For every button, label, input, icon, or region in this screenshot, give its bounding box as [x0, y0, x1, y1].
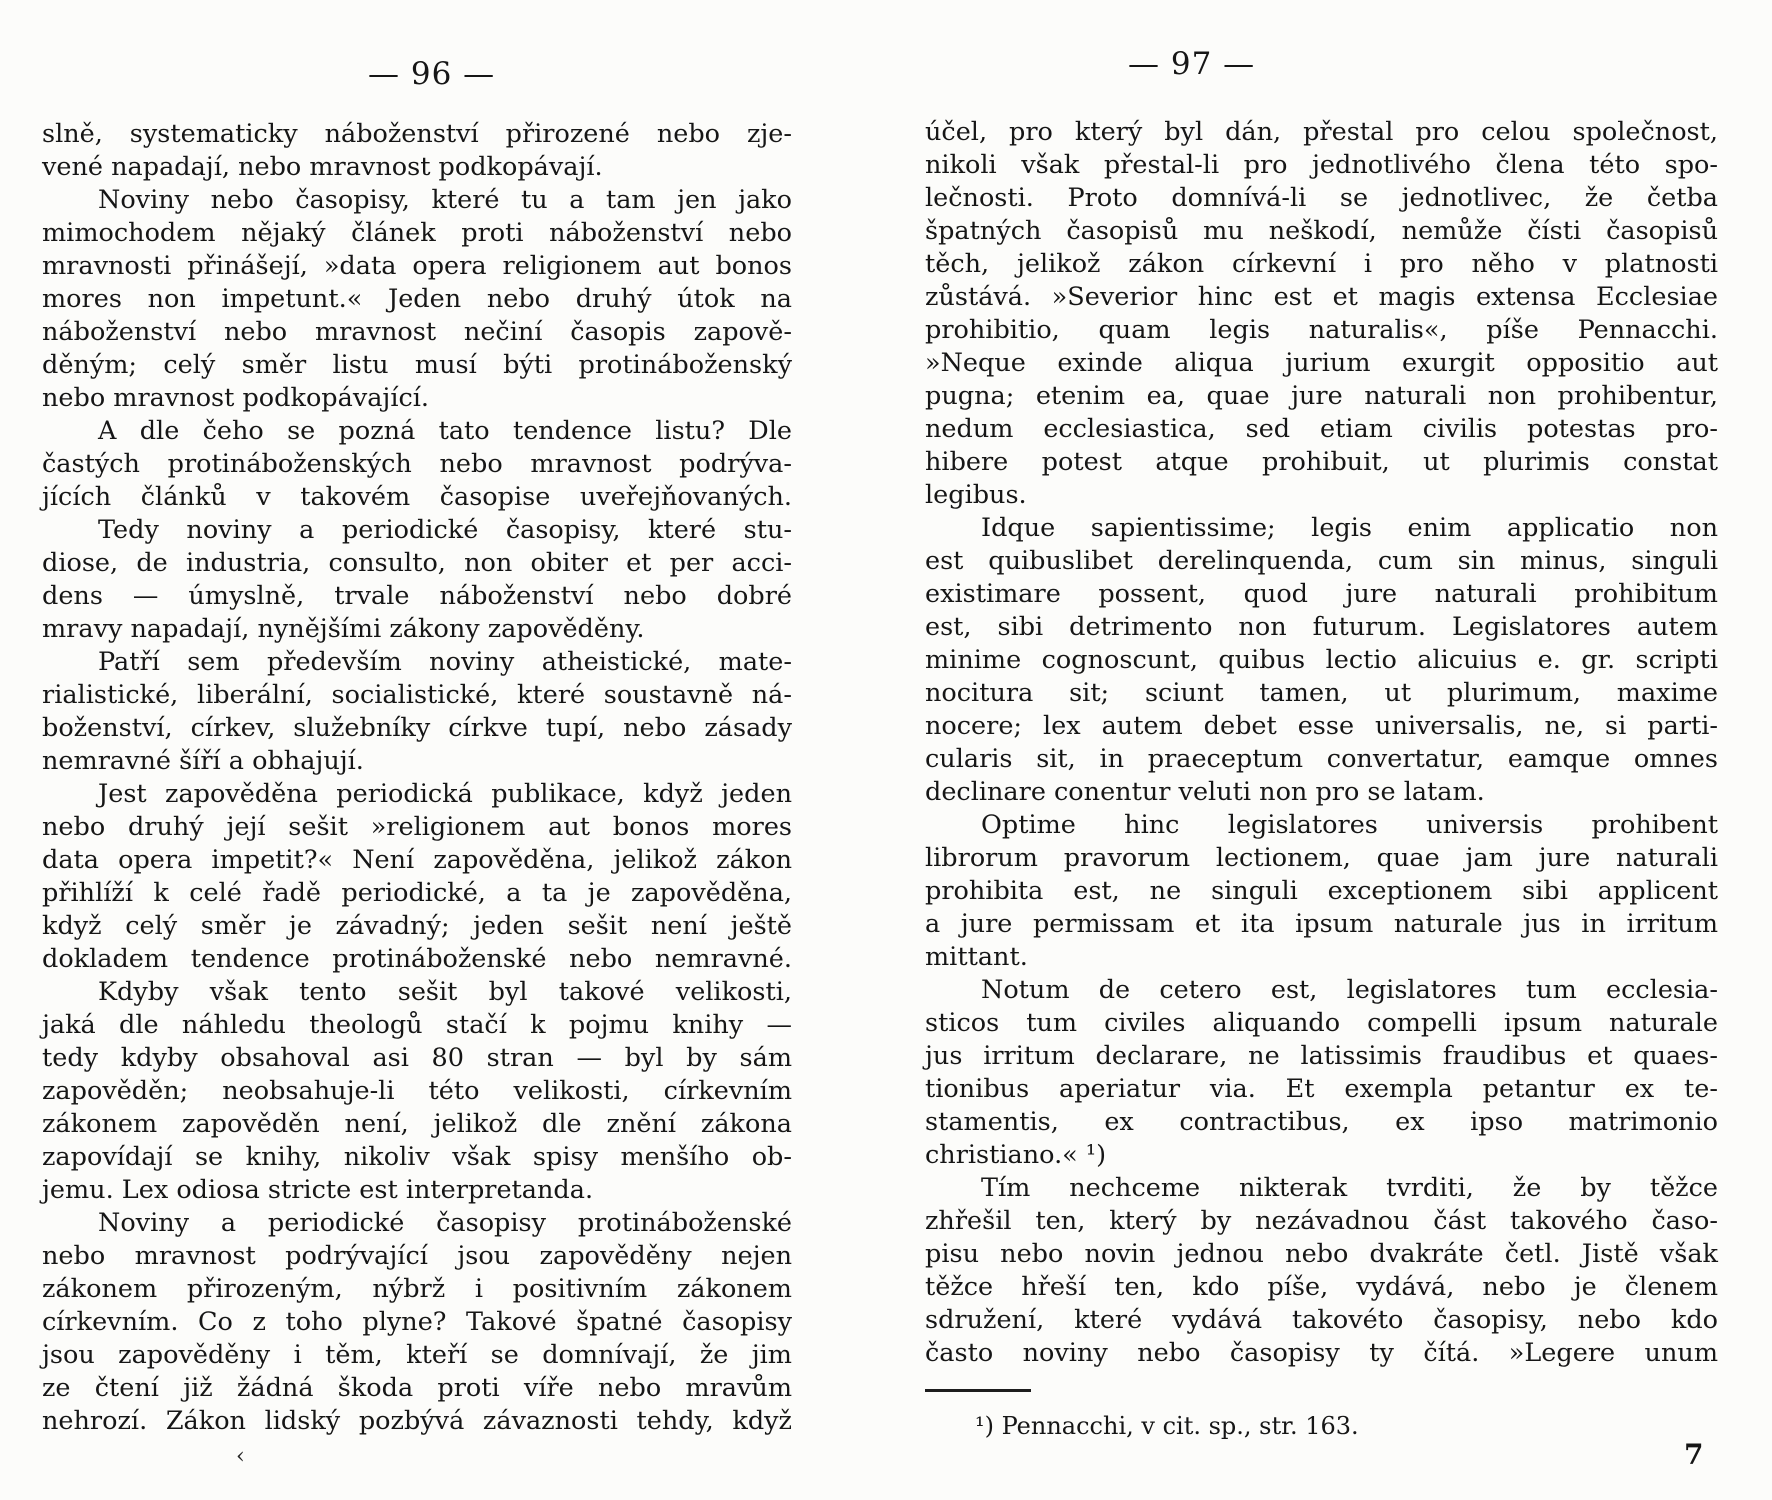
text-line: prohibitio, quam legis naturalis«, píše …	[925, 314, 1718, 347]
text-line: nikoli však přestal-li pro jednotlivého …	[925, 149, 1718, 182]
text-line: existimare possent, quod jure naturali p…	[925, 578, 1718, 611]
text-line: librorum pravorum lectionem, quae jam ju…	[925, 842, 1718, 875]
text-line: lečnosti. Proto domnívá-li se jednotlive…	[925, 182, 1718, 215]
text-line: declinare conentur veluti non pro se lat…	[925, 776, 1718, 809]
text-line: sdružení, které vydává takovéto časopisy…	[925, 1304, 1718, 1337]
text-line: nehrozí. Zákon lidský pozbývá závaznosti…	[42, 1405, 792, 1438]
text-line: jaká dle náhledu theologů stačí k pojmu …	[42, 1009, 792, 1042]
text-line: dokladem tendence protináboženské nebo n…	[42, 943, 792, 976]
text-line: boženství, církev, služebníky církve tup…	[42, 712, 792, 745]
text-line: est, sibi detrimento non futurum. Legisl…	[925, 611, 1718, 644]
text-line: když celý směr je závadný; jeden sešit n…	[42, 910, 792, 943]
text-line: zapověděn; neobsahuje-li této velikosti,…	[42, 1075, 792, 1108]
text-line: ze čtení již žádná škoda proti víře nebo…	[42, 1372, 792, 1405]
text-line: zhřešil ten, který by nezávadnou část ta…	[925, 1205, 1718, 1238]
text-line: est quibuslibet derelinquenda, cum sin m…	[925, 545, 1718, 578]
text-line: náboženství nebo mravnost nečiní časopis…	[42, 316, 792, 349]
text-line: nocere; lex autem debet esse universalis…	[925, 710, 1718, 743]
text-line: zapovídají se knihy, nikoliv však spisy …	[42, 1141, 792, 1174]
page-96-header: — 96 —	[368, 56, 495, 92]
text-line: diose, de industria, consulto, non obite…	[42, 547, 792, 580]
text-line: zákonem přirozeným, nýbrž i positivním z…	[42, 1273, 792, 1306]
text-line: Tím nechceme nikterak tvrditi, že by těž…	[925, 1172, 1718, 1205]
text-line: hibere potest atque prohibuit, ut plurim…	[925, 446, 1718, 479]
text-line: častých protináboženských nebo mravnost …	[42, 448, 792, 481]
text-line: nemravné šíří a obhajují.	[42, 745, 792, 778]
text-line: vené napadají, nebo mravnost podkopávají…	[42, 151, 792, 184]
text-line: pisu nebo novin jednou nebo dvakráte čet…	[925, 1238, 1718, 1271]
text-line: a jure permissam et ita ipsum naturale j…	[925, 908, 1718, 941]
text-line: mravnosti přinášejí, »data opera religio…	[42, 250, 792, 283]
text-line: »Neque exinde aliqua jurium exurgit oppo…	[925, 347, 1718, 380]
footnote-rule	[925, 1389, 1031, 1392]
text-line: dens — úmyslně, trvale náboženství nebo …	[42, 580, 792, 613]
text-line: děným; celý směr listu musí býti protiná…	[42, 349, 792, 382]
text-line: Optime hinc legislatores universis prohi…	[925, 809, 1718, 842]
text-line: nebo druhý její sešit »religionem aut bo…	[42, 811, 792, 844]
book-spread-scan: — 96 — slně, systematicky náboženství př…	[0, 0, 1772, 1500]
text-line: mravy napadají, nynějšími zákony zapověd…	[42, 613, 792, 646]
text-line: Kdyby však tento sešit byl takové veliko…	[42, 976, 792, 1009]
text-line: prohibita est, ne singuli exceptionem si…	[925, 875, 1718, 908]
text-line: sticos tum civiles aliquando compelli ip…	[925, 1007, 1718, 1040]
text-line: jus irritum declarare, ne latissimis fra…	[925, 1040, 1718, 1073]
text-line: přihlíží k celé řadě periodické, a ta je…	[42, 877, 792, 910]
text-line: rialistické, liberální, socialistické, k…	[42, 679, 792, 712]
text-line: Jest zapověděna periodická publikace, kd…	[42, 778, 792, 811]
page-97: — 97 — účel, pro který byl dán, přestal …	[886, 0, 1772, 1500]
text-line: stamentis, ex contractibus, ex ipso matr…	[925, 1106, 1718, 1139]
footnote-citation: ¹) Pennacchi, v cit. sp., str. 163.	[975, 1412, 1359, 1440]
page-97-body-text: účel, pro který byl dán, přestal pro cel…	[925, 116, 1718, 1370]
text-line: jsou zapověděny i těm, kteří se domnívaj…	[42, 1339, 792, 1372]
text-line: Noviny nebo časopisy, které tu a tam jen…	[42, 184, 792, 217]
text-line: církevním. Co z toho plyne? Takové špatn…	[42, 1306, 792, 1339]
text-line: zákonem zapověděn není, jelikož dle zněn…	[42, 1108, 792, 1141]
text-line: A dle čeho se pozná tato tendence listu?…	[42, 415, 792, 448]
text-line: pugna; etenim ea, quae jure naturali non…	[925, 380, 1718, 413]
text-line: christiano.« ¹)	[925, 1139, 1718, 1172]
text-line: jících článků v takovém časopise uveřejň…	[42, 481, 792, 514]
text-line: slně, systematicky náboženství přirozené…	[42, 118, 792, 151]
text-line: zůstává. »Severior hinc est et magis ext…	[925, 281, 1718, 314]
printer-mark: ‹	[236, 1444, 245, 1469]
text-line: mimochodem nějaký článek proti náboženst…	[42, 217, 792, 250]
text-line: nocitura sit; sciunt tamen, ut plurimum,…	[925, 677, 1718, 710]
text-line: mores non impetunt.« Jeden nebo druhý út…	[42, 283, 792, 316]
text-line: tedy kdyby obsahoval asi 80 stran — byl …	[42, 1042, 792, 1075]
text-line: Notum de cetero est, legislatores tum ec…	[925, 974, 1718, 1007]
text-line: špatných časopisů mu neškodí, nemůže čís…	[925, 215, 1718, 248]
text-line: minime cognoscunt, quibus lectio alicuiu…	[925, 644, 1718, 677]
page-97-header: — 97 —	[1128, 46, 1255, 82]
text-line: Patří sem především noviny atheistické, …	[42, 646, 792, 679]
page-96: — 96 — slně, systematicky náboženství př…	[0, 0, 886, 1500]
text-line: jemu. Lex odiosa stricte est interpretan…	[42, 1174, 792, 1207]
text-line: těžce hřeší ten, kdo píše, vydává, nebo …	[925, 1271, 1718, 1304]
text-line: nedum ecclesiastica, sed etiam civilis p…	[925, 413, 1718, 446]
text-line: data opera impetit?« Není zapověděna, je…	[42, 844, 792, 877]
text-line: těch, jelikož zákon církevní i pro něho …	[925, 248, 1718, 281]
text-line: nebo mravnost podkopávající.	[42, 382, 792, 415]
text-line: účel, pro který byl dán, přestal pro cel…	[925, 116, 1718, 149]
sheet-signature-number: 7	[1684, 1438, 1703, 1471]
text-line: mittant.	[925, 941, 1718, 974]
page-96-body-text: slně, systematicky náboženství přirozené…	[42, 118, 792, 1438]
text-line: Tedy noviny a periodické časopisy, které…	[42, 514, 792, 547]
text-line: legibus.	[925, 479, 1718, 512]
text-line: nebo mravnost podrývající jsou zapověděn…	[42, 1240, 792, 1273]
text-line: Noviny a periodické časopisy protinábože…	[42, 1207, 792, 1240]
text-line: tionibus aperiatur via. Et exempla petan…	[925, 1073, 1718, 1106]
text-line: cularis sit, in praeceptum convertatur, …	[925, 743, 1718, 776]
text-line: Idque sapientissime; legis enim applicat…	[925, 512, 1718, 545]
text-line: často noviny nebo časopisy ty čítá. »Leg…	[925, 1337, 1718, 1370]
